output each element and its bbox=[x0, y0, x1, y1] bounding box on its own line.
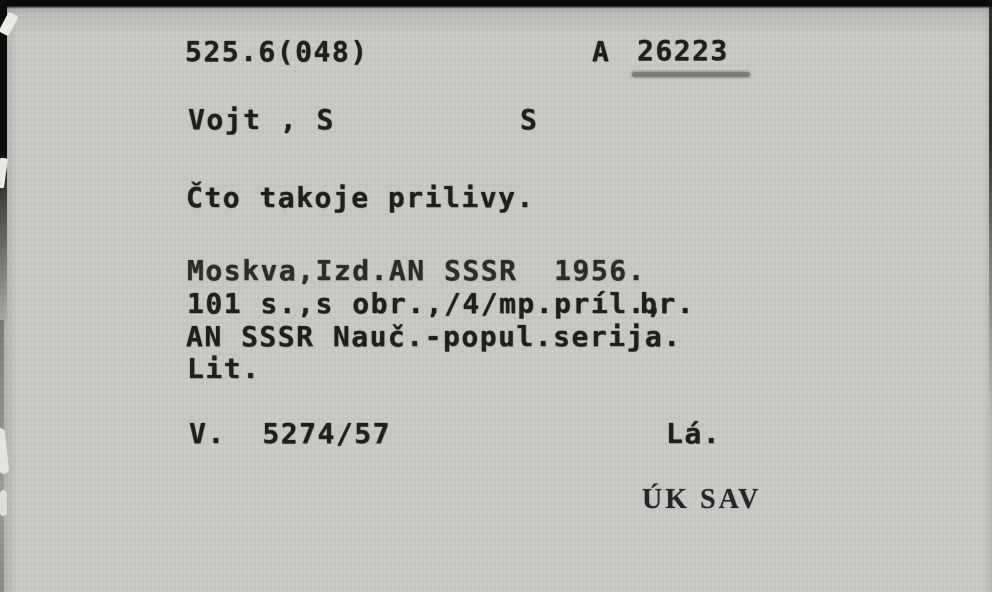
accession-number: V. 5274/57 bbox=[189, 418, 391, 450]
scan-edge-top bbox=[0, 0, 992, 9]
series-line: AN SSSR Nauč.-popul.serija. bbox=[186, 321, 682, 353]
bibliography-note: Lit. bbox=[187, 353, 260, 385]
author-name: Vojt , S bbox=[188, 104, 335, 136]
paper-chip bbox=[0, 490, 7, 516]
shelfmark-prefix: A bbox=[592, 36, 610, 68]
classification-number: 525.6(048) bbox=[185, 36, 369, 68]
title: Čto takoje prilivy. bbox=[186, 182, 535, 214]
library-stamp: ÚK SAV bbox=[642, 484, 761, 516]
paper-chip bbox=[0, 428, 9, 475]
cataloguer-initials: Lá. bbox=[666, 418, 721, 450]
filing-letter: S bbox=[520, 104, 538, 136]
collation-line: 101 s.,s obr.,/4/mp.príl., bbox=[187, 288, 664, 320]
catalog-card-scan: 525.6(048) A 26223 Vojt , S S Čto takoje… bbox=[0, 0, 992, 592]
binding-note: br. bbox=[640, 288, 695, 320]
shelfmark-number: 26223 bbox=[637, 35, 729, 67]
shelfmark-underline bbox=[632, 72, 750, 77]
imprint-line: Moskva,Izd.AN SSSR 1956. bbox=[187, 255, 646, 287]
